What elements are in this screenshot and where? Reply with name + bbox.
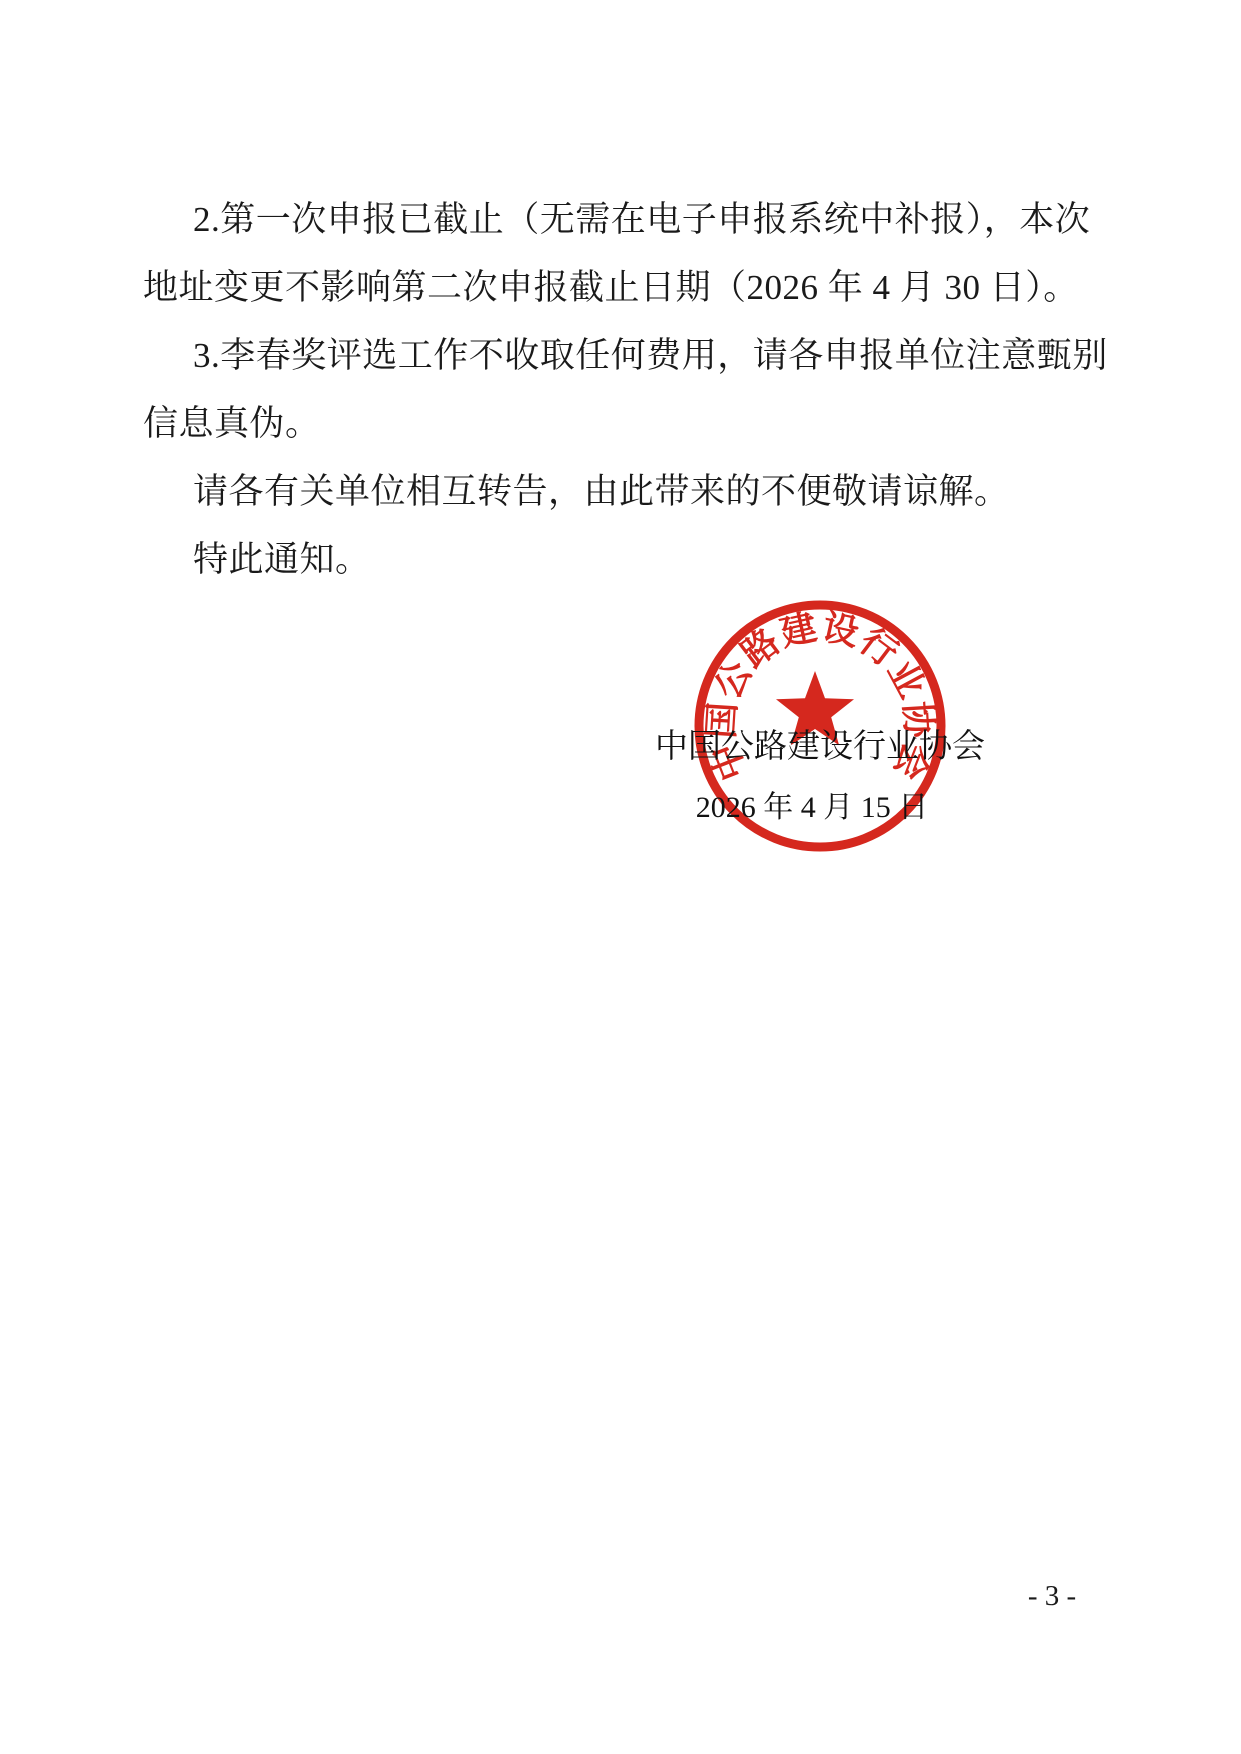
page-number: - 3 - <box>1012 1580 1092 1613</box>
document-page: 2.第一次申报已截止（无需在电子申报系统中补报），本次 地址变更不影响第二次申报… <box>0 0 1241 1754</box>
paragraph-line: 特此通知。 <box>143 526 1093 594</box>
paragraph-line: 信息真伪。 <box>143 390 1093 458</box>
paragraph-line: 3.李春奖评选工作不收取任何费用，请各申报单位注意甄别 <box>143 322 1093 390</box>
paragraph-line: 2.第一次申报已截止（无需在电子申报系统中补报），本次 <box>143 186 1093 254</box>
notice-body: 2.第一次申报已截止（无需在电子申报系统中补报），本次 地址变更不影响第二次申报… <box>143 186 1093 594</box>
paragraph-line: 请各有关单位相互转告，由此带来的不便敬请谅解。 <box>143 458 1093 526</box>
signature-date: 2026 年 4 月 15 日 <box>662 788 962 828</box>
paragraph-line: 地址变更不影响第二次申报截止日期（2026 年 4 月 30 日）。 <box>143 254 1093 322</box>
signature-org: 中国公路建设行业协会 <box>655 726 985 768</box>
